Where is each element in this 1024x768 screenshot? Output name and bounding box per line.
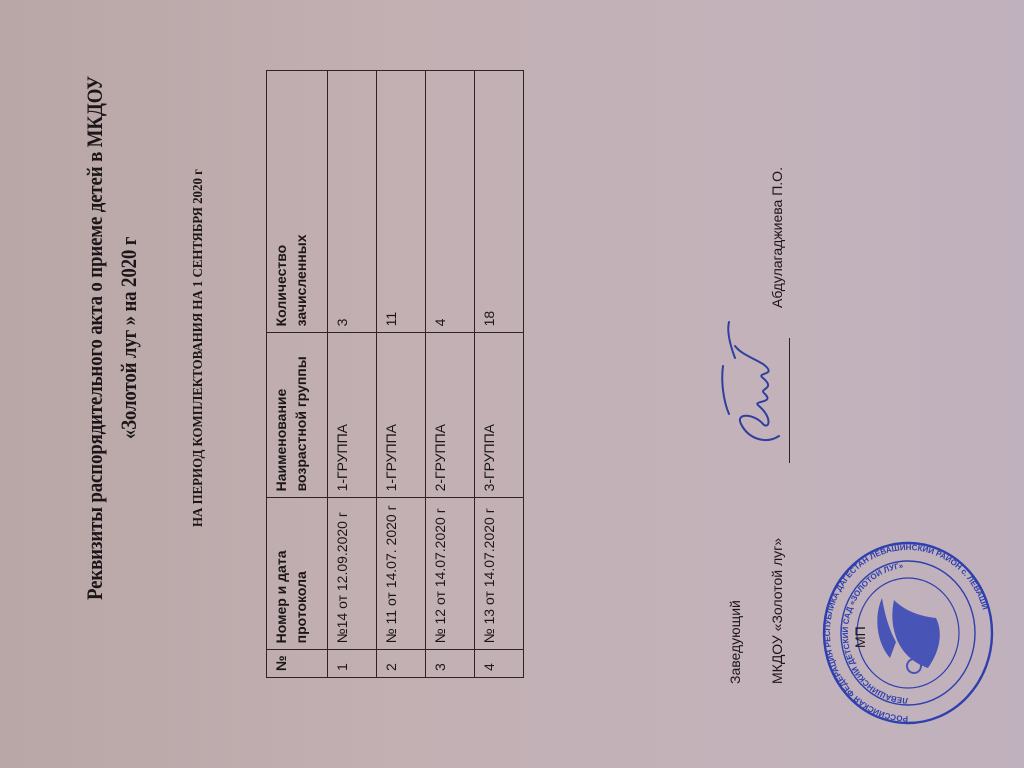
title-line-2: «Золотой луг » на 2020 г [112,20,146,656]
enrollment-table: № Номер и дата протокола Наименование во… [266,70,524,678]
row-num: 2 [377,650,426,678]
signature-line [789,338,790,463]
header-group-line2: возрастной группы [291,338,311,491]
row-group: 1-ГРУППА [328,333,377,498]
table-row: 3 № 12 от 14.07.2020 г 2-ГРУППА 4 [426,71,475,678]
row-protocol: № 12 от 14.07.2020 г [426,498,475,650]
row-group: 1-ГРУППА [377,333,426,498]
header-count-line2: зачисленных [291,76,311,326]
row-num: 3 [426,650,475,678]
document-title: Реквизиты распорядительного акта о прием… [78,20,146,656]
row-protocol: № 13 от 14.07.2020 г [475,498,524,650]
table-row: 1 №14 от 12.09.2020 г 1-ГРУППА 3 [328,71,377,678]
row-protocol: № 11 от 14.07. 2020 г [377,498,426,650]
table-row: 4 № 13 от 14.07.2020 г 3-ГРУППА 18 [475,71,524,678]
row-group: 3-ГРУППА [475,333,524,498]
row-count: 18 [475,71,524,333]
row-num: 1 [328,650,377,678]
table-row: 2 № 11 от 14.07. 2020 г 1-ГРУППА 11 [377,71,426,678]
header-count-line1: Количество [271,76,291,326]
handwritten-signature-icon [719,318,791,458]
row-count: 3 [328,71,377,333]
signer-role: Заведующий [727,600,743,684]
stamp-label: МП [852,626,868,648]
signer-organization: МКДОУ «Золотой луг» [769,538,785,684]
row-group: 2-ГРУППА [426,333,475,498]
header-count: Количество зачисленных [267,71,328,333]
row-num: 4 [475,650,524,678]
document-subtitle: НА ПЕРИОД КОМПЛЕКТОВАНИЯ НА 1 СЕНТЯБРЯ 2… [190,63,208,633]
header-protocol-line1: Номер и дата [271,503,291,643]
row-count: 11 [377,71,426,333]
header-group-line1: Наименование [271,338,291,491]
header-protocol-line2: протокола [291,503,311,643]
row-protocol: №14 от 12.09.2020 г [328,498,377,650]
signer-name: Абдулагаджиева П.О. [769,167,785,308]
title-line-1: Реквизиты распорядительного акта о прием… [78,20,112,656]
row-count: 4 [426,71,475,333]
document-page: Реквизиты распорядительного акта о прием… [0,0,1024,768]
header-num: № [267,650,328,678]
header-protocol: Номер и дата протокола [267,498,328,650]
header-group: Наименование возрастной группы [267,333,328,498]
official-seal-icon: РОССИЙСКАЯ ФЕДЕРАЦИЯ РЕСПУБЛИКА ДАГЕСТАН… [818,538,998,728]
table-header-row: № Номер и дата протокола Наименование во… [267,71,328,678]
